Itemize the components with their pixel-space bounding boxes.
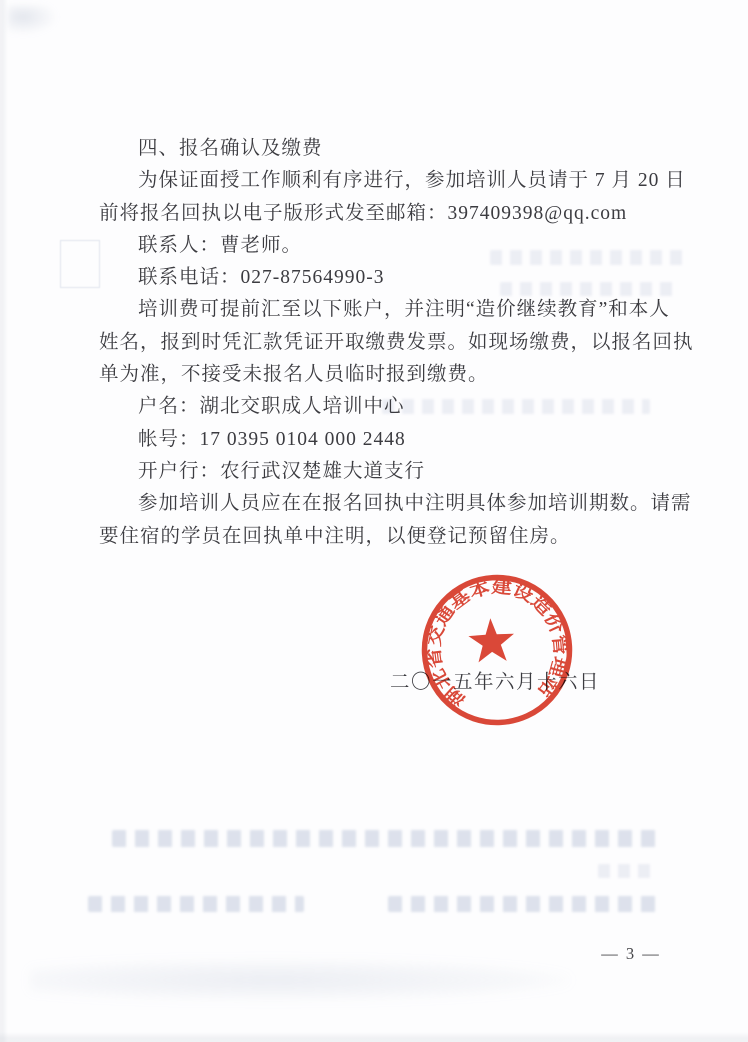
doc-line-contact: 联系人：曹老师。 bbox=[99, 230, 669, 262]
doc-line-account-number: 帐号：17 0395 0104 000 2448 bbox=[99, 424, 669, 456]
bleed-through-row bbox=[598, 864, 656, 878]
section-heading: 四、报名确认及缴费 bbox=[99, 133, 669, 165]
bleed-through-box bbox=[60, 240, 100, 288]
scan-smudge bbox=[8, 5, 58, 35]
scan-blotch bbox=[30, 960, 570, 1000]
star-icon bbox=[468, 617, 516, 663]
page-number: — 3 — bbox=[586, 944, 676, 964]
doc-line-account-name: 户名：湖北交职成人培训中心 bbox=[99, 391, 669, 423]
official-seal: 湖北省交通基本建设造价管理站 bbox=[415, 568, 579, 732]
scanned-document-page: 四、报名确认及缴费 为保证面授工作顺利有序进行，参加培训人员请于 7 月 20 … bbox=[0, 0, 748, 1042]
doc-line: 要住宿的学员在回执单中注明，以便登记预留住房。 bbox=[99, 521, 669, 553]
doc-line: 姓名，报到时凭汇款凭证开取缴费发票。如现场缴费，以报名回执 bbox=[99, 327, 669, 359]
bleed-through-row bbox=[112, 830, 657, 847]
doc-line: 培训费可提前汇至以下账户，并注明“造价继续教育”和本人 bbox=[99, 294, 669, 326]
document-body: 四、报名确认及缴费 为保证面授工作顺利有序进行，参加培训人员请于 7 月 20 … bbox=[99, 133, 669, 553]
doc-line: 为保证面授工作顺利有序进行，参加培训人员请于 7 月 20 日 bbox=[99, 165, 669, 197]
official-seal-graphic: 湖北省交通基本建设造价管理站 bbox=[415, 568, 579, 732]
doc-line-bank: 开户行：农行武汉楚雄大道支行 bbox=[99, 456, 669, 488]
doc-line: 参加培训人员应在在报名回执中注明具体参加培训期数。请需 bbox=[99, 488, 669, 520]
doc-line-phone: 联系电话：027-87564990-3 bbox=[99, 262, 669, 294]
bleed-through-row bbox=[388, 896, 656, 912]
doc-line-email: 前将报名回执以电子版形式发至邮箱：397409398@qq.com bbox=[99, 198, 669, 230]
bleed-through-row bbox=[88, 896, 304, 912]
doc-line: 单为准，不接受未报名人员临时报到缴费。 bbox=[99, 359, 669, 391]
